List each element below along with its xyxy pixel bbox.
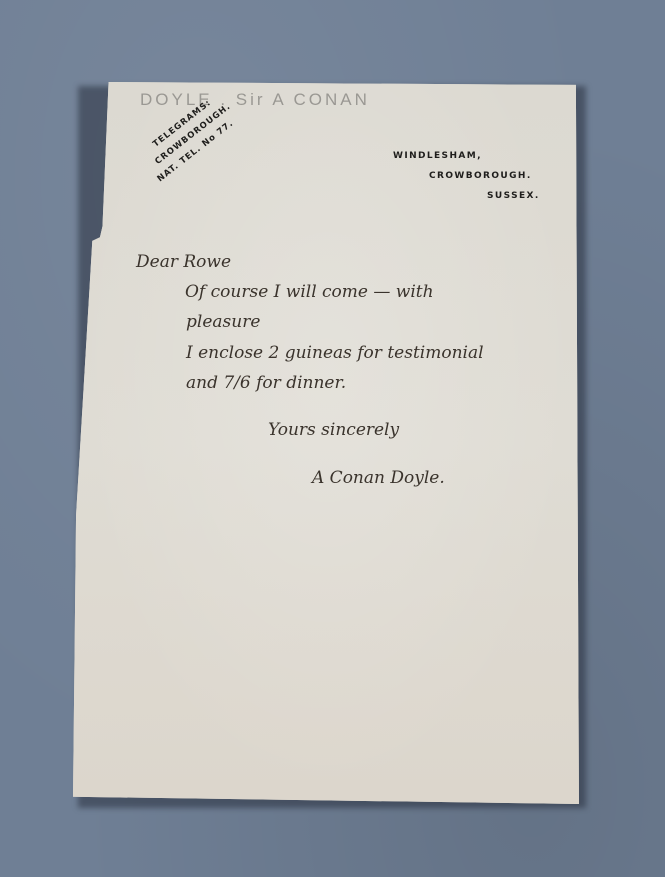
address-line: WINDLESHAM, <box>393 146 540 166</box>
letterhead-address: WINDLESHAM, CROWBOROUGH. SUSSEX. <box>393 146 540 206</box>
body-line: pleasure <box>186 312 260 332</box>
signature: A Conan Doyle. <box>312 468 445 488</box>
address-line: SUSSEX. <box>487 186 540 206</box>
body-line: Of course I will come — with <box>185 282 434 302</box>
salutation: Dear Rowe <box>136 252 231 272</box>
closing: Yours sincerely <box>268 420 399 440</box>
body-line: I enclose 2 guineas for testimonial <box>186 343 484 363</box>
body-line: and 7/6 for dinner. <box>186 373 346 393</box>
address-line: CROWBOROUGH. <box>429 166 540 186</box>
pencil-annotation: DOYLE . Sir A CONAN <box>140 90 370 110</box>
